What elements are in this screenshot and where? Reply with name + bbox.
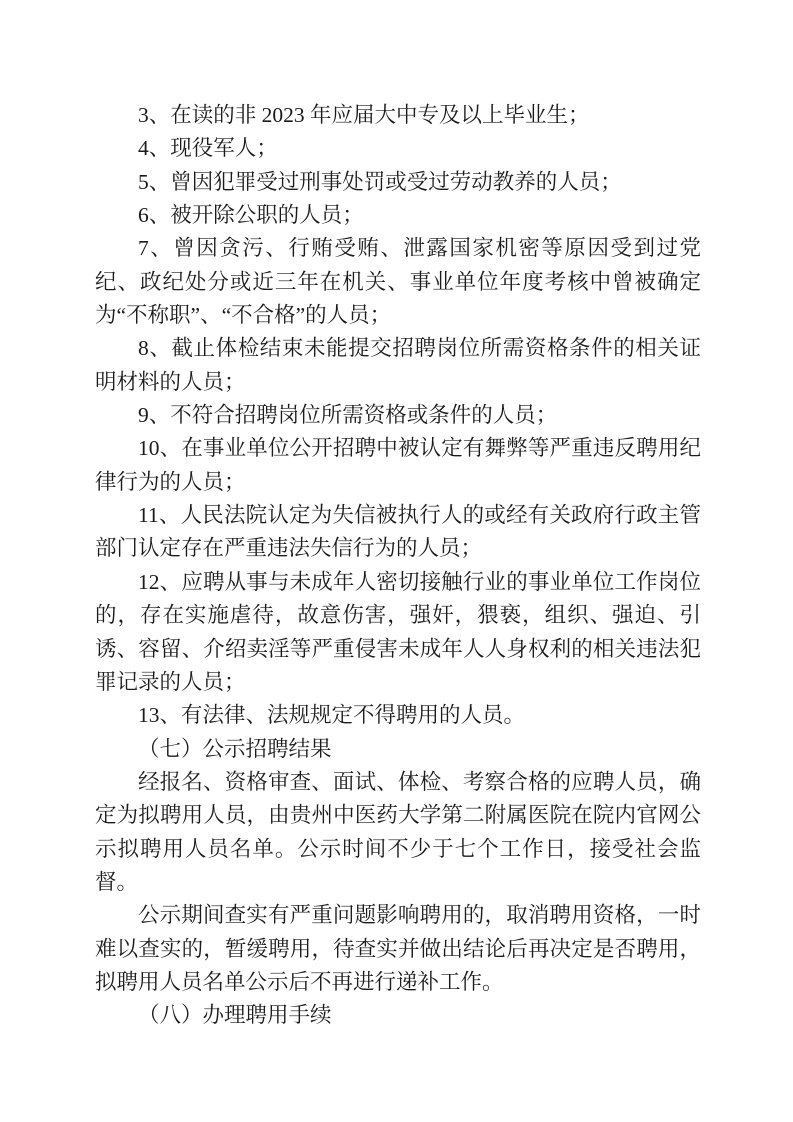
paragraph-publicity-procedure: 经报名、资格审查、面试、体检、考察合格的应聘人员，确定为拟聘用人员，由贵州中医药… (95, 766, 701, 899)
section-heading-7-publicity-results: （七）公示招聘结果 (95, 733, 701, 766)
list-item-5: 5、曾因犯罪受过刑事处罚或受过劳动教养的人员； (95, 166, 701, 199)
paragraph-publicity-issues: 公示期间查实有严重问题影响聘用的，取消聘用资格，一时难以查实的，暂缓聘用，待查实… (95, 899, 701, 999)
list-item-13: 13、有法律、法规规定不得聘用的人员。 (95, 699, 701, 732)
list-item-10: 10、在事业单位公开招聘中被认定有舞弊等严重违反聘用纪律行为的人员； (95, 432, 701, 499)
document-page: 3、在读的非 2023 年应届大中专及以上毕业生； 4、现役军人； 5、曾因犯罪… (0, 0, 793, 1122)
list-item-4: 4、现役军人； (95, 132, 701, 165)
list-item-3: 3、在读的非 2023 年应届大中专及以上毕业生； (95, 99, 701, 132)
list-item-6: 6、被开除公职的人员； (95, 199, 701, 232)
section-heading-8-employment-procedures: （八）办理聘用手续 (95, 999, 701, 1032)
list-item-11: 11、人民法院认定为失信被执行人的或经有关政府行政主管部门认定存在严重违法失信行… (95, 499, 701, 566)
list-item-12: 12、应聘从事与未成年人密切接触行业的事业单位工作岗位的，存在实施虐待，故意伤害… (95, 566, 701, 699)
document-body: 3、在读的非 2023 年应届大中专及以上毕业生； 4、现役军人； 5、曾因犯罪… (95, 99, 701, 1033)
list-item-7: 7、曾因贪污、行贿受贿、泄露国家机密等原因受到过党纪、政纪处分或近三年在机关、事… (95, 232, 701, 332)
list-item-9: 9、不符合招聘岗位所需资格或条件的人员； (95, 399, 701, 432)
list-item-8: 8、截止体检结束未能提交招聘岗位所需资格条件的相关证明材料的人员； (95, 332, 701, 399)
